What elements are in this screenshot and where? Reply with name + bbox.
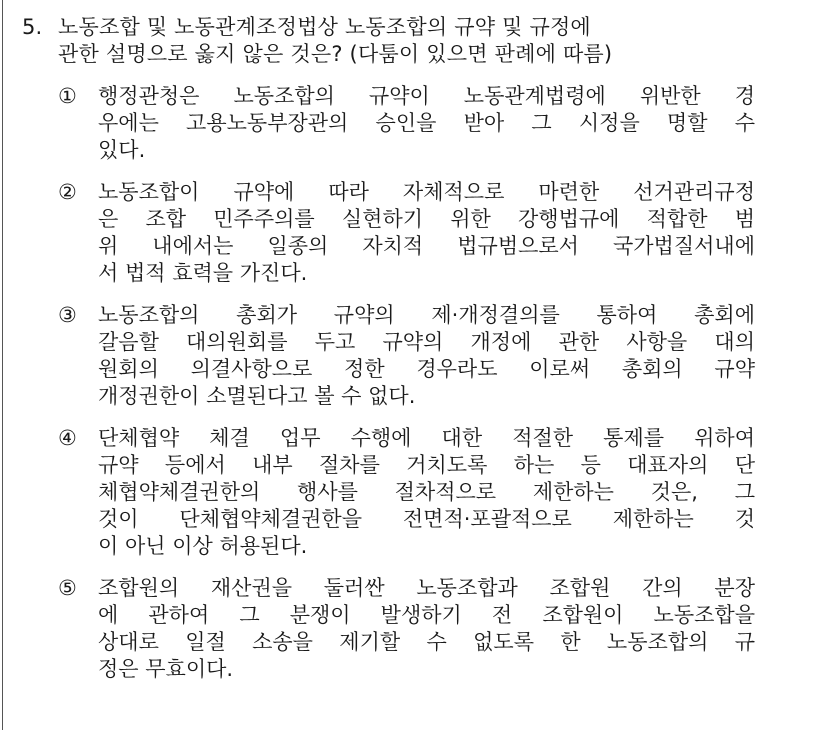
option-text-line: 정은 무효이다. [98, 656, 755, 683]
option-marker-2: ② [58, 179, 77, 206]
option-marker-5: ⑤ [58, 575, 77, 602]
option-text-line: 개정권한이 소멸된다고 볼 수 없다. [98, 383, 755, 410]
option-text-line: 노동조합이 규약에 따라 자체적으로 마련한 선거관리규정 [98, 179, 755, 206]
question-text-line: 관한 설명으로 옳지 않은 것은? (다툼이 있으면 판례에 따름) [58, 41, 612, 68]
option-text: 조합원의 재산권을 둘러싼 노동조합과 조합원 간의 분장 에 관하여 그 분쟁… [98, 575, 755, 683]
question-number: 5. [22, 14, 42, 41]
option-1[interactable]: ① 행정관청은 노동조합의 규약이 노동관계법령에 위반한 경 우에는 고용노동… [58, 83, 758, 164]
option-text-line: 이 아닌 이상 허용된다. [98, 533, 755, 560]
option-text-line: 서 법적 효력을 가진다. [98, 260, 755, 287]
option-text-line: 있다. [98, 137, 755, 164]
option-text-line: 에 관하여 그 분쟁이 발생하기 전 조합원이 노동조합을 [98, 602, 755, 629]
option-text-line: 체협약체결권한의 행사를 절차적으로 제한하는 것은, 그 [98, 479, 755, 506]
option-2[interactable]: ② 노동조합이 규약에 따라 자체적으로 마련한 선거관리규정 은 조합 민주주… [58, 179, 758, 287]
option-text: 행정관청은 노동조합의 규약이 노동관계법령에 위반한 경 우에는 고용노동부장… [98, 83, 755, 164]
question-text-line: 노동조합 및 노동관계조정법상 노동조합의 규약 및 규정에 [58, 14, 591, 41]
option-text-line: 것이 단체협약체결권한을 전면적·포괄적으로 제한하는 것 [98, 506, 755, 533]
option-text-line: 규약 등에서 내부 절차를 거치도록 하는 등 대표자의 단 [98, 452, 755, 479]
option-text-line: 원회의 의결사항으로 정한 경우라도 이로써 총회의 규약 [98, 356, 755, 383]
option-3[interactable]: ③ 노동조합의 총회가 규약의 제·개정결의를 통하여 총회에 갈음할 대의원회… [58, 302, 758, 410]
option-text-line: 단체협약 체결 업무 수행에 대한 적절한 통제를 위하여 [98, 425, 755, 452]
option-text-line: 위 내에서는 일종의 자치적 법규범으로서 국가법질서내에 [98, 233, 755, 260]
option-4[interactable]: ④ 단체협약 체결 업무 수행에 대한 적절한 통제를 위하여 규약 등에서 내… [58, 425, 758, 560]
option-text-line: 은 조합 민주주의를 실현하기 위한 강행법규에 적합한 범 [98, 206, 755, 233]
option-marker-4: ④ [58, 425, 77, 452]
option-text-line: 우에는 고용노동부장관의 승인을 받아 그 시정을 명할 수 [98, 110, 755, 137]
option-text-line: 노동조합의 총회가 규약의 제·개정결의를 통하여 총회에 [98, 302, 755, 329]
answer-options: ① 행정관청은 노동조합의 규약이 노동관계법령에 위반한 경 우에는 고용노동… [58, 83, 758, 698]
left-border-rule [2, 0, 3, 730]
option-text: 노동조합이 규약에 따라 자체적으로 마련한 선거관리규정 은 조합 민주주의를… [98, 179, 755, 287]
option-text: 노동조합의 총회가 규약의 제·개정결의를 통하여 총회에 갈음할 대의원회를 … [98, 302, 755, 410]
option-text-line: 상대로 일절 소송을 제기할 수 없도록 한 노동조합의 규 [98, 629, 755, 656]
option-text: 단체협약 체결 업무 수행에 대한 적절한 통제를 위하여 규약 등에서 내부 … [98, 425, 755, 560]
question-line-1: 5. 노동조합 및 노동관계조정법상 노동조합의 규약 및 규정에 [22, 14, 782, 41]
option-text-line: 갈음할 대의원회를 두고 규약의 개정에 관한 사항을 대의 [98, 329, 755, 356]
option-marker-3: ③ [58, 302, 77, 329]
option-marker-1: ① [58, 83, 77, 110]
option-text-line: 행정관청은 노동조합의 규약이 노동관계법령에 위반한 경 [98, 83, 755, 110]
option-5[interactable]: ⑤ 조합원의 재산권을 둘러싼 노동조합과 조합원 간의 분장 에 관하여 그 … [58, 575, 758, 683]
question-line-2: 관한 설명으로 옳지 않은 것은? (다툼이 있으면 판례에 따름) [22, 41, 782, 68]
question-block: 5. 노동조합 및 노동관계조정법상 노동조합의 규약 및 규정에 관한 설명으… [22, 14, 782, 68]
option-text-line: 조합원의 재산권을 둘러싼 노동조합과 조합원 간의 분장 [98, 575, 755, 602]
